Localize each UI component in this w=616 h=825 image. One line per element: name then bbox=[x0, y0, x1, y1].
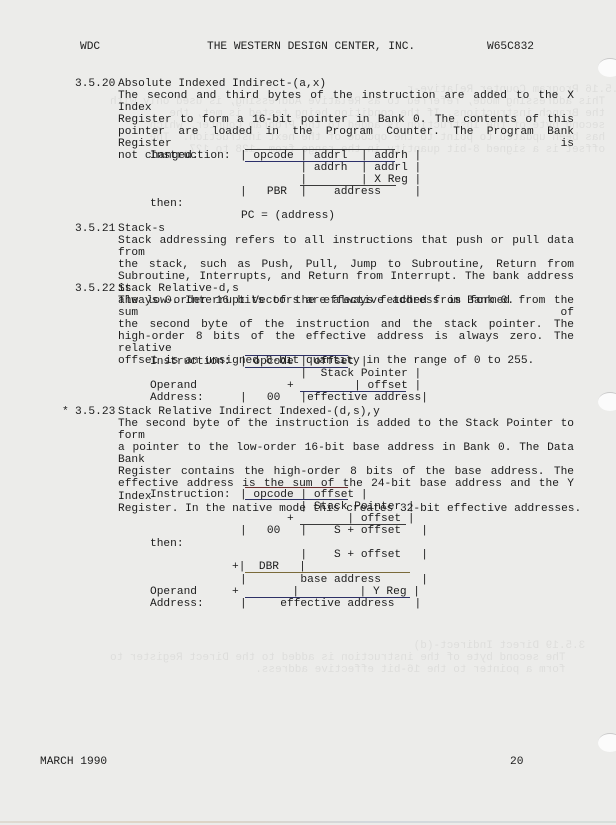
body-line: The low-order 16 bits of the effective a… bbox=[118, 295, 574, 319]
diagram-label: Instruction: bbox=[150, 489, 231, 501]
binder-hole bbox=[598, 733, 616, 752]
diagram-row: | S + offset | bbox=[240, 549, 428, 561]
diagram-label: Address: bbox=[150, 392, 204, 404]
body-line: the stack, such as Push, Pull, Jump to S… bbox=[118, 259, 574, 271]
diagram-row: | 00 | S + offset | bbox=[240, 525, 428, 537]
body-line: Register to form a 16-bit pointer in Ban… bbox=[118, 114, 574, 126]
body-line: high-order 8 bits of the effective addre… bbox=[118, 331, 574, 355]
diagram-label: Address: bbox=[150, 598, 204, 610]
body-line: Register contains the high-order 8 bits … bbox=[118, 466, 574, 478]
new-section-marker: * bbox=[62, 406, 69, 418]
diagram-row: | addrh | addrl | bbox=[240, 162, 421, 174]
page-number: 20 bbox=[510, 756, 523, 768]
body-line: a pointer to the low-order 16-bit base a… bbox=[118, 442, 574, 466]
section-title: Stack Relative-d,s bbox=[118, 283, 239, 295]
binder-hole bbox=[598, 392, 616, 411]
body-line: the second byte of the instruction and t… bbox=[118, 319, 574, 331]
section-number: 3.5.20 bbox=[75, 78, 115, 90]
page-edge bbox=[0, 821, 616, 823]
header-right: W65C832 bbox=[487, 41, 534, 53]
diagram-row: | effective address | bbox=[240, 598, 421, 610]
section-title: Stack-s bbox=[118, 223, 165, 235]
section-number: 3.5.21 bbox=[75, 223, 115, 235]
diagram-row: | 00 |effective address| bbox=[240, 392, 428, 404]
diagram-label: Instruction: bbox=[150, 356, 231, 368]
header-title: THE WESTERN DESIGN CENTER, INC. bbox=[207, 41, 415, 53]
diagram-row: | Stack Pointer | bbox=[240, 501, 415, 513]
header-left: WDC bbox=[80, 41, 100, 53]
body-line: Stack addressing refers to all instructi… bbox=[118, 235, 574, 259]
footer-date: MARCH 1990 bbox=[40, 756, 107, 768]
diagram-row: | PBR | address | bbox=[240, 186, 421, 198]
diagram-label: Instruction: bbox=[150, 150, 231, 162]
section-title: Absolute Indexed Indirect-(a,x) bbox=[118, 78, 326, 90]
diagram-result: PC = (address) bbox=[241, 210, 335, 222]
section-title: Stack Relative Indirect Indexed-(d,s),y bbox=[118, 406, 380, 418]
diagram-row: | base address | bbox=[240, 574, 428, 586]
body-line: The second byte of the instruction is ad… bbox=[118, 418, 574, 442]
section-number: 3.5.22 bbox=[75, 283, 115, 295]
diagram-label: Operand bbox=[150, 380, 197, 392]
body-line: The second and third bytes of the instru… bbox=[118, 90, 574, 114]
diagram-label: then: bbox=[150, 538, 184, 550]
diagram-label: then: bbox=[150, 198, 184, 210]
body-line: pointer are loaded in the Program Counte… bbox=[118, 126, 574, 150]
diagram-label: Operand bbox=[150, 586, 197, 598]
bleed-through-text-2: 3.5.19 Direct Indirect-(d) The second by… bbox=[110, 640, 585, 676]
diagram-row: | Stack Pointer | bbox=[240, 368, 421, 380]
document-page: 3.5.16 Program Counter Relative-r This a… bbox=[0, 0, 616, 825]
section-number: 3.5.23 bbox=[75, 406, 115, 418]
binder-hole bbox=[598, 58, 616, 77]
